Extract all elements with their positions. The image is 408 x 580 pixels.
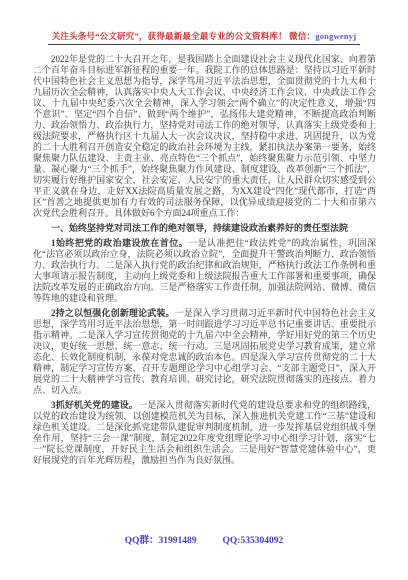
- work-item-1: 1始终把党的政治建设放在首位。一是认准把住“政法姓党”的政治属性，巩固深化“法官…: [33, 238, 376, 304]
- document-body: 2022年是党的二十大召开之年，是我国踏上全面建设社会主义现代化国家、向着第二个…: [33, 54, 376, 466]
- document-page: 关注头条号“公文研究”，获得最新最全最专业的公文资料库！ 微信：gongweny…: [0, 0, 408, 580]
- section-heading: 一、始终坚持党对司法工作的绝对领导，持续建设政治素养好的责任型法院: [33, 223, 376, 234]
- header-wechat-id: gongwenyj: [315, 31, 356, 41]
- work-item-2-body: 一是深入学习贯彻习近平新时代中国特色社会主义思想，深学笃用习近平法治思想，第一时…: [33, 308, 376, 395]
- header-ad-line: 关注头条号“公文研究”，获得最新最全最专业的公文资料库！ 微信：gongweny…: [48, 30, 361, 45]
- qq-number: QQ:535304092: [223, 536, 284, 546]
- work-item-2-lead: 2持之以恒强化创新理论武装。: [51, 308, 175, 318]
- intro-paragraph: 2022年是党的二十大召开之年，是我国踏上全面建设社会主义现代化国家、向着第二个…: [33, 54, 376, 219]
- work-item-3: 3抓好机关党的建设。一是深入贯彻落实新时代党的建设总要求和党的组织路线，以党的政…: [33, 400, 376, 466]
- header-notice-text: 关注头条号“公文研究”，获得最新最全最专业的公文资料库！ 微信：: [52, 31, 316, 41]
- qq-group-number: QQ群：31991489: [125, 536, 197, 546]
- work-item-3-lead: 3抓好机关党的建设。: [51, 400, 138, 410]
- page-footer: QQ群：31991489QQ:535304092: [0, 532, 408, 546]
- work-item-1-lead: 1始终把党的政治建设放在首位。: [51, 238, 188, 248]
- page-header: 关注头条号“公文研究”，获得最新最全最专业的公文资料库！ 微信：gongweny…: [0, 26, 408, 45]
- work-item-2: 2持之以恒强化创新理论武装。一是深入学习贯彻习近平新时代中国特色社会主义思想，深…: [33, 308, 376, 396]
